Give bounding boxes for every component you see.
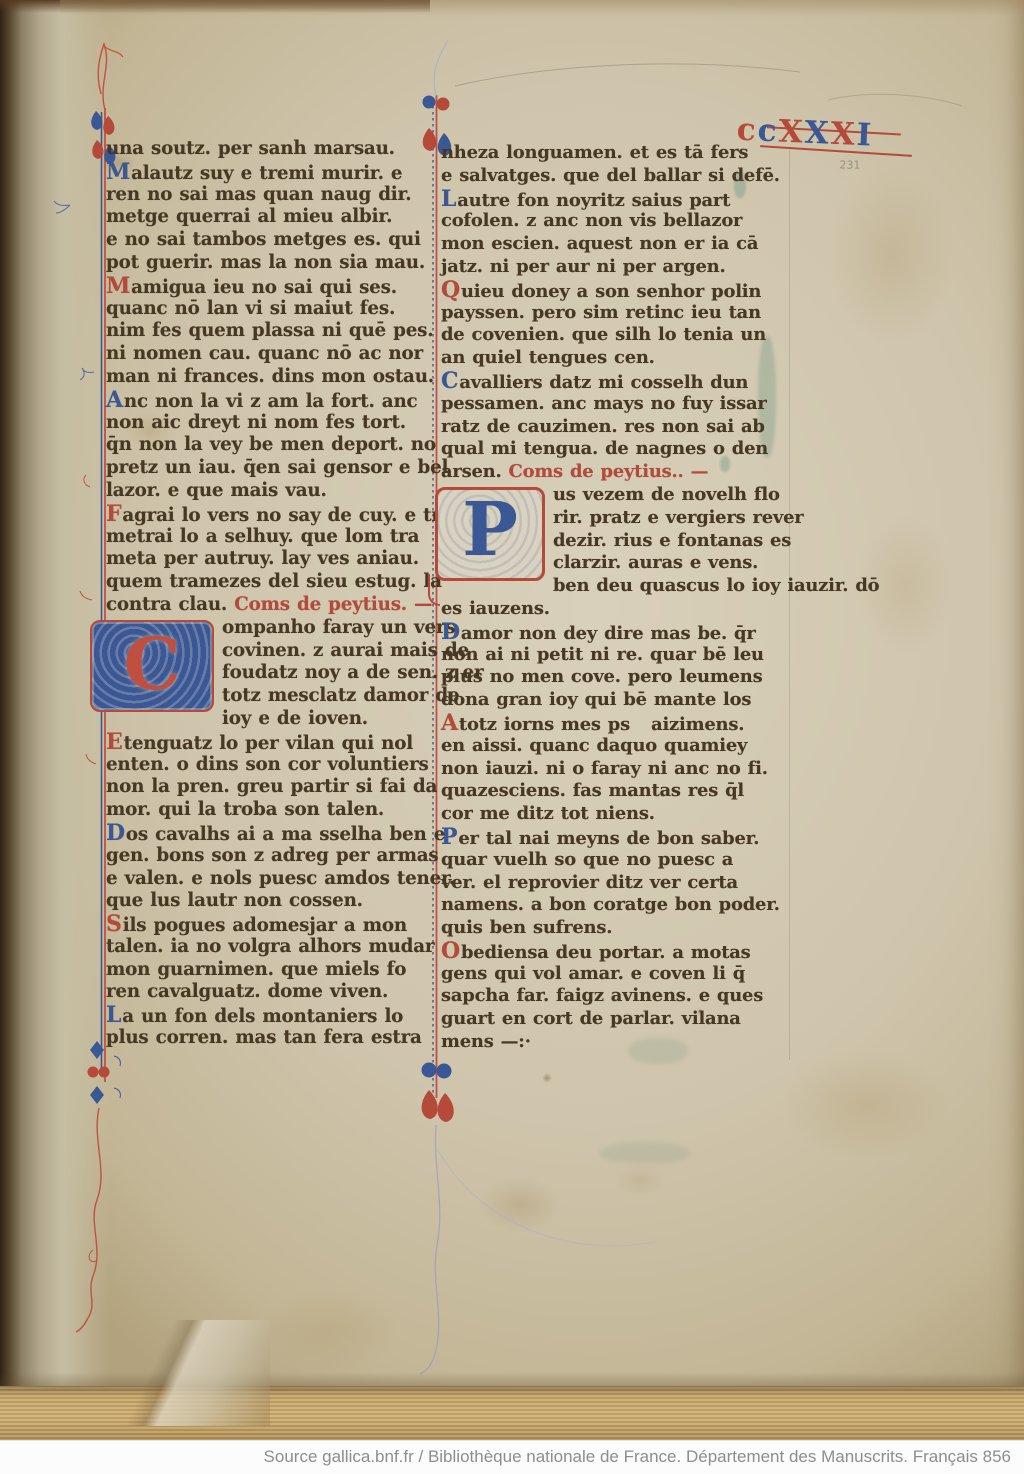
text-column-left: una soutz. per sanh marsau.Malautz suy e… bbox=[106, 138, 442, 1050]
text-line: ni nomen cau. quanc nō ac nor bbox=[106, 343, 442, 366]
text-line: en aissi. quanc daquo quamiey bbox=[441, 735, 789, 758]
text-line: non la pren. greu partir si fai da bbox=[106, 776, 442, 799]
text-line: de covenien. que silh lo tenia un bbox=[441, 324, 789, 347]
text-line: La un fon dels montaniers lo bbox=[106, 1004, 442, 1027]
colored-initial: D bbox=[106, 820, 125, 846]
text-line: ren cavalguatz. dome viven. bbox=[106, 981, 442, 1004]
source-attribution-bar: Source gallica.bnf.fr / Bibliothèque nat… bbox=[0, 1440, 1024, 1474]
text-line: lazor. e que mais vau. bbox=[106, 480, 442, 503]
text-line: e no sai tambos metges es. qui bbox=[106, 229, 442, 252]
text-line: Etenguatz lo per vilan qui nol bbox=[106, 731, 442, 754]
text-line: namens. a bon coratge bon poder. bbox=[441, 894, 789, 917]
text-line: e salvatges. que del ballar si defē. bbox=[441, 165, 789, 188]
text-line: gens qui vol amar. e coven li q̄ bbox=[441, 963, 789, 986]
folio-roman-letter: X bbox=[830, 116, 858, 153]
text-line: ren no sai mas quan naug dir. bbox=[106, 184, 442, 207]
source-attribution-text: Source gallica.bnf.fr / Bibliothèque nat… bbox=[264, 1447, 1011, 1466]
folio-roman-letter: X bbox=[804, 115, 832, 152]
text-line: Obediensa deu portar. a motas bbox=[441, 940, 789, 963]
colored-initial: L bbox=[441, 186, 456, 212]
text-line: cofolen. z anc non vis bellazor bbox=[441, 210, 789, 233]
text-line: una soutz. per sanh marsau. bbox=[106, 138, 442, 161]
colored-initial: L bbox=[106, 1002, 121, 1028]
text-line: quem tramezes del sieu estug. la bbox=[106, 571, 442, 594]
text-line: metrai lo a selhuy. que lom tra bbox=[106, 526, 442, 549]
text-line: talen. ia no volgra alhors mudar bbox=[106, 936, 442, 959]
text-line: Per tal nai meyns de bon saber. bbox=[441, 826, 789, 849]
colored-initial: M bbox=[106, 273, 130, 299]
rubric-label: Coms de peytius.. — bbox=[509, 461, 709, 482]
colored-initial: P bbox=[441, 824, 457, 850]
colored-initial: C bbox=[441, 368, 458, 394]
colored-initial: F bbox=[106, 501, 121, 527]
text-line: que lus lautr non cossen. bbox=[106, 890, 442, 913]
text-line: plus corren. mas tan fera estra bbox=[106, 1027, 442, 1050]
text-line: cor me ditz tot niens. bbox=[441, 803, 789, 826]
book-gutter-shadow bbox=[0, 0, 112, 1440]
text-line: contra clau. Coms de peytius. — bbox=[106, 594, 442, 617]
text-line: Sils pogues adomesjar a mon bbox=[106, 913, 442, 936]
text-line: pretz un iau. q̄en sai gensor e bel bbox=[106, 457, 442, 480]
text-line: dona gran ioy qui bē mante los bbox=[441, 689, 789, 712]
screenshot: ccXXXI 231 una soutz. per sanh marsau.Ma… bbox=[0, 0, 1024, 1474]
text-line: arsen. Coms de peytius.. — bbox=[441, 461, 789, 484]
text-line: non iauzi. ni o faray ni anc no fi. bbox=[441, 758, 789, 781]
text-line: an quiel tengues cen. bbox=[441, 347, 789, 370]
text-line: Anc non la vi z am la fort. anc bbox=[106, 389, 442, 412]
colored-initial: S bbox=[106, 911, 122, 937]
folio-roman-letter: I bbox=[856, 117, 874, 154]
text-line: quar vuelh so que no puesc a bbox=[441, 849, 789, 872]
text-line: Fagrai lo vers no say de cuy. e tra bbox=[106, 503, 442, 526]
text-line: mor. qui la troba son talen. bbox=[106, 799, 442, 822]
show-through-ghost bbox=[600, 1142, 690, 1164]
illuminated-initial-P: P bbox=[435, 487, 545, 581]
text-line: sapcha far. faigz avinens. e ques bbox=[441, 985, 789, 1008]
text-line: quazesciens. fas mantas res q̄l bbox=[441, 780, 789, 803]
text-line: pot guerir. mas la non sia mau. bbox=[106, 252, 442, 275]
manuscript-page-photo: ccXXXI 231 una soutz. per sanh marsau.Ma… bbox=[0, 0, 1024, 1440]
colored-initial: D bbox=[441, 619, 460, 645]
text-line: gen. bons son z adreg per armas bbox=[106, 845, 442, 868]
text-line: nheza longuamen. et es tā fers bbox=[441, 142, 789, 165]
text-line: Damor non dey dire mas be. q̄r bbox=[441, 621, 789, 644]
text-line: payssen. pero sim retinc ieu tan bbox=[441, 302, 789, 325]
text-line: pessamen. anc mays no fuy issar bbox=[441, 393, 789, 416]
text-line: meta per autruy. lay ves aniau. bbox=[106, 548, 442, 571]
text-line: Mamigua ieu no sai qui ses. bbox=[106, 275, 442, 298]
text-line: ver. el reprovier ditz ver certa bbox=[441, 872, 789, 895]
text-line: metge querrai al mieu albir. bbox=[106, 206, 442, 229]
text-column-right: nheza longuamen. et es tā ferse salvatge… bbox=[441, 142, 789, 1054]
text-line: Lautre fon noyritz saius part bbox=[441, 188, 789, 211]
colored-initial: A bbox=[106, 387, 123, 413]
text-line: Quieu doney a son senhor polin bbox=[441, 279, 789, 302]
colored-initial: M bbox=[106, 159, 130, 185]
text-line: quanc nō lan vi si maiut fes. bbox=[106, 298, 442, 321]
text-line: guart en cort de parlar. vilana bbox=[441, 1008, 789, 1031]
text-line: non aic dreyt ni nom fes tort. bbox=[106, 412, 442, 435]
pencil-scratches bbox=[455, 64, 962, 106]
colored-initial: A bbox=[441, 710, 458, 736]
text-line: non ai ni petit ni re. quar bē leu bbox=[441, 644, 789, 667]
text-line: qual mi tengua. de nagnes o den bbox=[441, 438, 789, 461]
text-line: plus no men cove. pero leumens bbox=[441, 666, 789, 689]
text-line: Dos cavalhs ai a ma sselha ben e bbox=[106, 822, 442, 845]
text-line: nim fes quem plassa ni quē pes. bbox=[106, 320, 442, 343]
text-line: q̄n non la vey be men deport. no bbox=[106, 434, 442, 457]
text-line: mens —:· bbox=[441, 1031, 789, 1054]
illuminated-initial-C: C bbox=[90, 620, 214, 712]
text-line: enten. o dins son cor voluntiers bbox=[106, 754, 442, 777]
ruling-line bbox=[789, 150, 790, 1060]
text-line: jatz. ni per aur ni per argen. bbox=[441, 256, 789, 279]
colored-initial: E bbox=[106, 729, 123, 755]
curled-page-corner bbox=[56, 1320, 270, 1426]
text-line: mon guarnimen. que miels fo bbox=[106, 959, 442, 982]
text-line: Atotz iorns mes ps aizimens. bbox=[441, 712, 789, 735]
rubric-label: Coms de peytius. — bbox=[234, 594, 432, 615]
center-rule-bottom-finial bbox=[420, 1063, 655, 1375]
colored-initial: Q bbox=[441, 277, 460, 303]
text-line: quis ben sufrens. bbox=[441, 917, 789, 940]
text-line: mon escien. aquest non er ia cā bbox=[441, 233, 789, 256]
text-line: e valen. e nols puesc amdos tener. bbox=[106, 868, 442, 891]
colored-initial: O bbox=[441, 938, 460, 964]
text-line: man ni frances. dins mon ostau. bbox=[106, 366, 442, 389]
text-line: ratz de cauzimen. res non sai ab bbox=[441, 416, 789, 439]
text-line: Malautz suy e tremi murir. e bbox=[106, 161, 442, 184]
folio-number-pencil: 231 bbox=[839, 159, 860, 172]
text-line: Cavalliers datz mi cosselh dun bbox=[441, 370, 789, 393]
text-line: es iauzens. bbox=[441, 598, 789, 621]
page-top-edge bbox=[60, 0, 1024, 16]
